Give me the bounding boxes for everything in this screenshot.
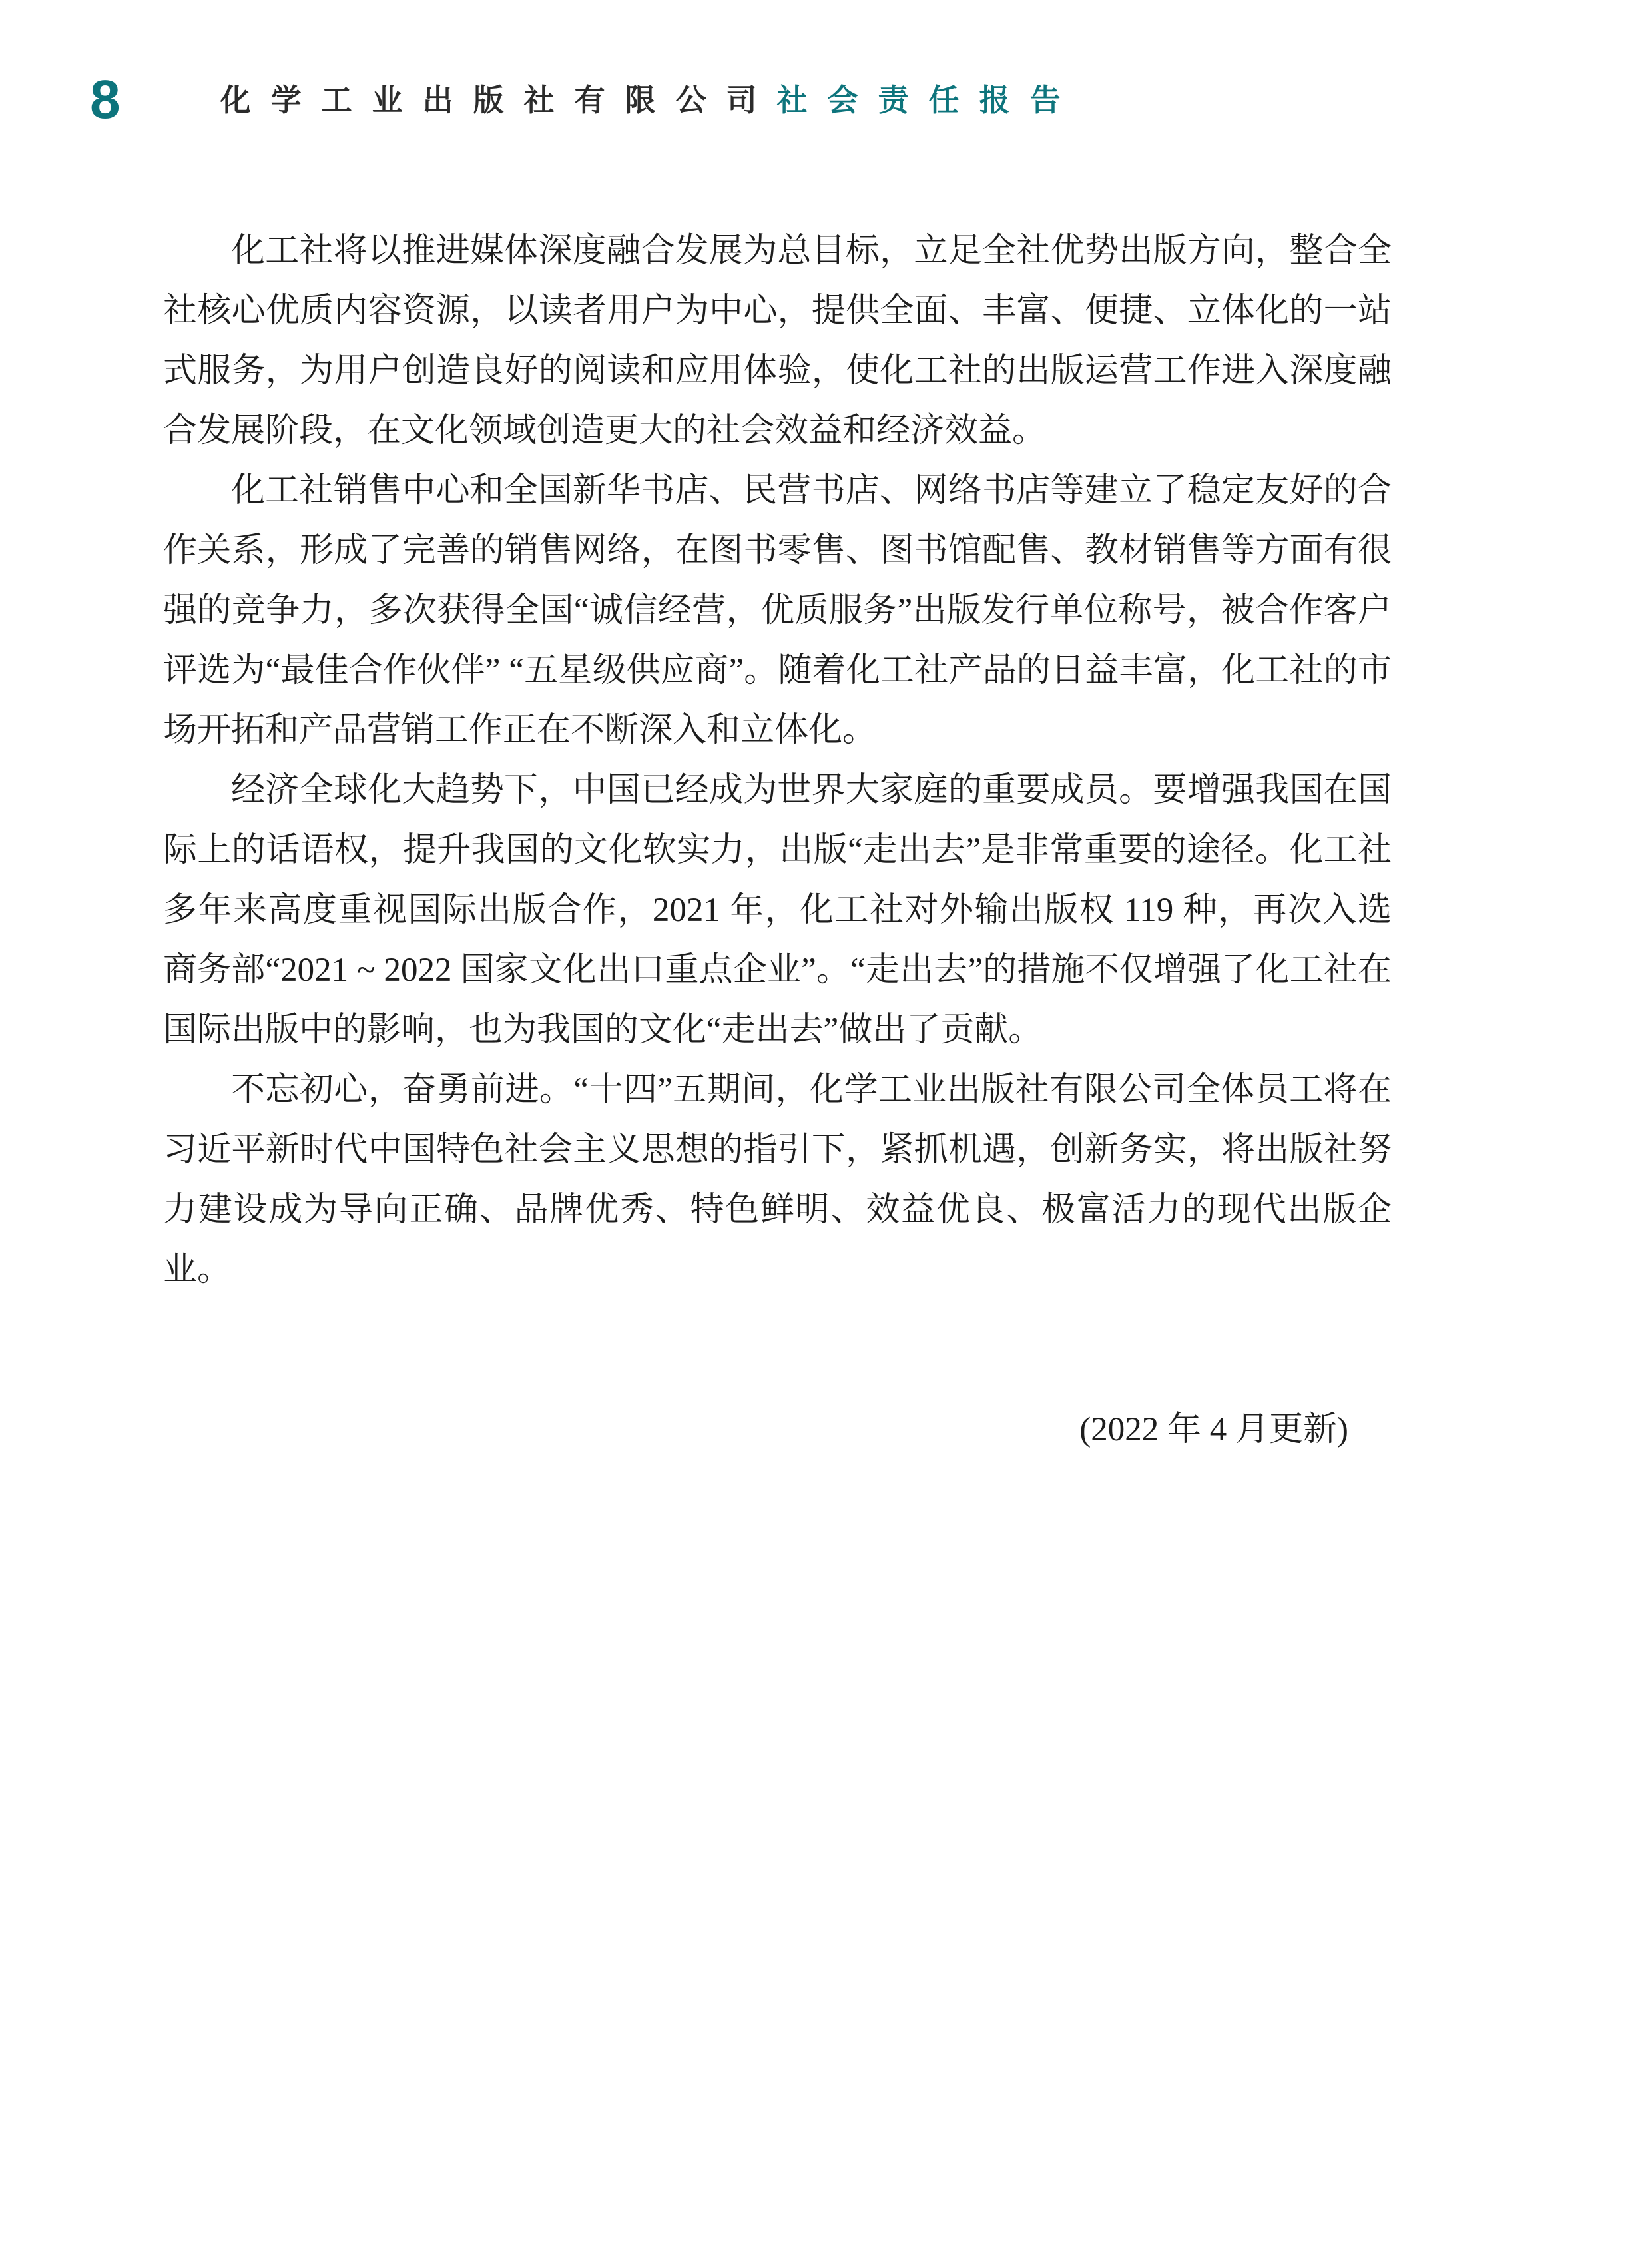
body-text: 化工社将以推进媒体深度融合发展为总目标，立足全社优势出版方向，整合全社核心优质内… xyxy=(163,221,1392,1460)
report-name-title: 社会责任报告 xyxy=(777,83,1081,117)
page-number: 8 xyxy=(90,73,121,127)
paragraph-closing-vision: 不忘初心，奋勇前进。“十四”五期间，化学工业出版社有限公司全体员工将在习近平新时… xyxy=(163,1060,1392,1300)
page-title: 化学工业出版社有限公司社会责任报告 xyxy=(220,85,1081,115)
report-page: 8 化学工业出版社有限公司社会责任报告 化工社将以推进媒体深度融合发展为总目标，… xyxy=(0,0,1652,2242)
paragraph-sales-network: 化工社销售中心和全国新华书店、民营书店、网络书店等建立了稳定友好的合作关系，形成… xyxy=(163,461,1392,760)
page-header: 8 化学工业出版社有限公司社会责任报告 xyxy=(90,67,1562,133)
company-name-title: 化学工业出版社有限公司 xyxy=(220,83,777,117)
update-date-note: (2022 年 4 月更新) xyxy=(163,1400,1392,1460)
paragraph-international-publishing: 经济全球化大趋势下，中国已经成为世界大家庭的重要成员。要增强我国在国际上的话语权… xyxy=(163,760,1392,1060)
paragraph-media-fusion: 化工社将以推进媒体深度融合发展为总目标，立足全社优势出版方向，整合全社核心优质内… xyxy=(163,221,1392,461)
